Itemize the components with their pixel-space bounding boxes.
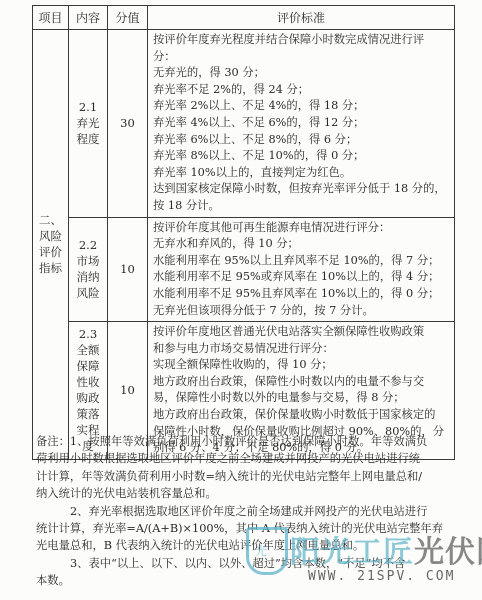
- category-line: 风险: [33, 228, 68, 244]
- content-line: 保障: [69, 358, 107, 374]
- criteria-line: 地方政府出台政策，保价保量收购小时数低于国家核定的: [153, 407, 450, 424]
- note-line: 3、表中“以上、以下、以内、以外、超过”均含本数，“不足”均不含: [36, 555, 456, 572]
- content-line: 消纳: [69, 269, 107, 285]
- content-line: 性收: [69, 374, 107, 390]
- content-line: 购政: [69, 390, 107, 406]
- criteria-line: 达到国家核定保障小时数，但按弃光率评分低于 18 分的，: [153, 181, 450, 198]
- table-header-row: 项目 内容 分值 评价标准: [33, 6, 455, 30]
- content-line: 市场: [69, 253, 107, 269]
- score-cell: 10: [108, 217, 148, 322]
- criteria-cell: 按评价年度弃光程度并结合保障小时数完成情况进行评 分： 无弃光的，得 30 分；…: [148, 30, 455, 218]
- score-cell: 30: [108, 30, 148, 218]
- note-line: 荷利用小时数根据选取地区评价年度之前全场建成并网投产的光伏电站进行统: [36, 450, 456, 467]
- note-line: 光电量总和，B 代表纳入统计的光伏电站评价年度上网电量总和。: [36, 537, 456, 554]
- table-row: 2.2 市场 消纳 风险 10 按评价年度其他可再生能源弃电情况进行评分： 无弃…: [33, 217, 455, 322]
- criteria-line: 弃光率不足 2%的，得 24 分；: [153, 82, 450, 99]
- category-line: 评价: [33, 244, 68, 260]
- content-line: 2.1: [69, 99, 107, 115]
- note-line: 本数。: [36, 572, 456, 589]
- content-line: 风险: [69, 285, 107, 301]
- criteria-line: 按评价年度弃光程度并结合保障小时数完成情况进行评: [153, 32, 450, 49]
- note-line: 统计计算，弃光率=A/(A+B)×100%，其中 A 代表纳入统计的光伏电站完整…: [36, 520, 456, 537]
- criteria-line: 易，保障性小时数以外的电量参与交易，得 8 分；: [153, 390, 450, 407]
- notes-section: 备注：1、按照年等效满负荷利用小时数评价是否达到保障小时数。年等效满负 荷利用小…: [36, 433, 456, 590]
- criteria-line: 水能利用率不足 95%且弃风率在 10%以上的，得 0 分；: [153, 286, 450, 303]
- content-line: 弃光: [69, 115, 107, 131]
- content-cell: 2.1 弃光 程度: [69, 30, 108, 218]
- criteria-line: 无弃光的，得 30 分；: [153, 65, 450, 82]
- criteria-line: 水能利用率在 95%以上且弃风率不足 10%的，得 7 分；: [153, 253, 450, 270]
- content-line: 策落: [69, 406, 107, 422]
- header-criteria: 评价标准: [148, 6, 455, 30]
- header-content: 内容: [69, 6, 108, 30]
- content-cell: 2.2 市场 消纳 风险: [69, 217, 108, 322]
- note-line: 计计算，年等效满负荷利用小时数=纳入统计的光伏电站完整年上网电量总和/: [36, 468, 456, 485]
- criteria-line: 实现全额保障性收购的，得 10 分；: [153, 357, 450, 374]
- content-line: 2.2: [69, 237, 107, 253]
- header-score: 分值: [108, 6, 148, 30]
- criteria-line: 按评价年度其他可再生能源弃电情况进行评分：: [153, 220, 450, 237]
- criteria-line: 地方政府出台政策，保障性小时数以内的电量不参与交: [153, 374, 450, 391]
- criteria-line: 按评价年度地区普通光伏电站落实全额保障性收购政策: [153, 324, 450, 341]
- content-line: 2.3: [69, 326, 107, 342]
- criteria-line: 分：: [153, 49, 450, 66]
- criteria-line: 弃光率 10%以上的，直接判定为红色。: [153, 165, 450, 182]
- criteria-cell: 按评价年度其他可再生能源弃电情况进行评分： 无弃水和弃风的，得 10 分； 水能…: [148, 217, 455, 322]
- criteria-line: 和参与电力市场交易情况进行评分：: [153, 341, 450, 358]
- criteria-line: 按 18 分计。: [153, 198, 450, 215]
- criteria-line: 无弃水和弃风的，得 10 分；: [153, 236, 450, 253]
- header-item: 项目: [33, 6, 69, 30]
- note-line: 2、弃光率根据选取地区评价年度之前全场建成并网投产的光伏电站进行: [36, 503, 456, 520]
- table-row: 二、 风险 评价 指标 2.1 弃光 程度 30 按评价年度弃光程度并结合保障小…: [33, 30, 455, 218]
- content-line: 全额: [69, 342, 107, 358]
- category-cell: 二、 风险 评价 指标: [33, 30, 69, 460]
- criteria-line: 弃光率 4%以上、不足 6%的，得 12 分；: [153, 115, 450, 132]
- criteria-line: 弃光率 6%以上、不足 8%的，得 6 分；: [153, 132, 450, 149]
- evaluation-table: 项目 内容 分值 评价标准 二、 风险 评价 指标 2.1 弃光 程度 30 按…: [32, 5, 455, 460]
- criteria-line: 弃光率 8%以上、不足 10%的，得 0 分；: [153, 148, 450, 165]
- category-line: 二、: [33, 212, 68, 228]
- criteria-line: 弃光率 2%以上、不足 4%的，得 18 分；: [153, 98, 450, 115]
- criteria-line: 无弃光但该项得分低于 7 分的，按 7 分计。: [153, 303, 450, 320]
- note-line: 备注：1、按照年等效满负荷利用小时数评价是否达到保障小时数。年等效满负: [36, 433, 456, 450]
- note-line: 纳入统计的光伏电站装机容量总和。: [36, 485, 456, 502]
- category-line: 指标: [33, 260, 68, 276]
- content-line: 程度: [69, 131, 107, 147]
- criteria-line: 水能利用率不足 95%或弃风率在 10%以上的，得 4 分；: [153, 269, 450, 286]
